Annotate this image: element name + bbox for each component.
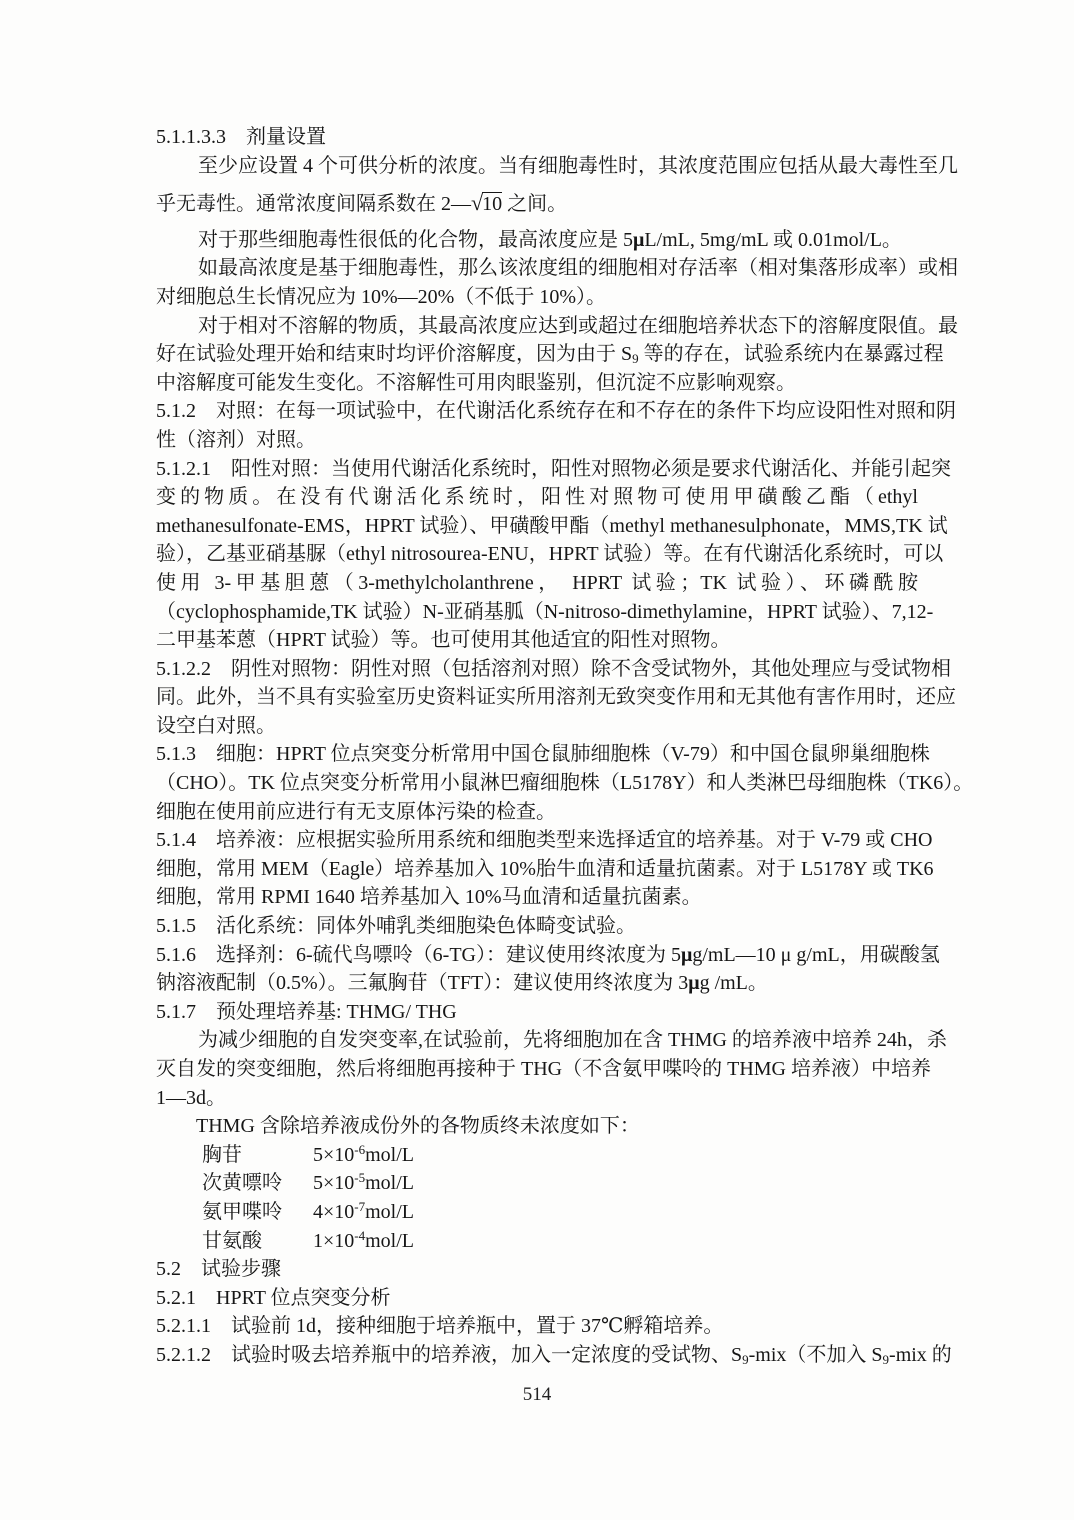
text-line: 钠溶液配制（0.5%）。三氟胸苷（TFT）：建议使用终浓度为 3μg /mL。 xyxy=(156,969,918,998)
text-line: 二甲基苯蒽（HPRT 试验）等。也可使用其他适宜的阳性对照物。 xyxy=(156,626,918,655)
section-5.2: 5.2 试验步骤 xyxy=(156,1255,918,1284)
text-line: 为减少细胞的自发突变率,在试验前，先将细胞加在含 THMG 的培养液中培养 24… xyxy=(156,1026,918,1055)
text-line: 细胞在使用前应进行有无支原体污染的检查。 xyxy=(156,798,918,827)
text-line: 1—3d。 xyxy=(156,1084,918,1113)
text-line: 灭自发的突变细胞，然后将细胞再接种于 THG（不含氨甲喋呤的 THMG 培养液）… xyxy=(156,1055,918,1084)
text-line: 细胞，常用 MEM（Eagle）培养基加入 10%胎牛血清和适量抗菌素。对于 L… xyxy=(156,855,918,884)
text-line: （cyclophosphamide,TK 试验）N-亚硝基胍（N-nitroso… xyxy=(156,598,918,627)
table-row-label: 次黄嘌呤 xyxy=(202,1169,313,1198)
text-line: 变的物质。在没有代谢活化系统时，阳性对照物可使用甲磺酸乙酯（ethyl xyxy=(156,483,918,512)
table-row-value: 5×10-6mol/L xyxy=(313,1144,414,1166)
table-row-value: 4×10-7mol/L xyxy=(313,1201,414,1223)
document-page: 5.1.1.3.3 剂量设置至少应设置 4 个可供分析的浓度。当有细胞毒性时，其… xyxy=(0,0,1074,1520)
text-line: 好在试验处理开始和结束时均评价溶解度，因为由于 S9 等的存在，试验系统内在暴露… xyxy=(156,340,918,369)
text-line: 细胞，常用 RPMI 1640 培养基加入 10%马血清和适量抗菌素。 xyxy=(156,883,918,912)
text-line: 至少应设置 4 个可供分析的浓度。当有细胞毒性时，其浓度范围应包括从最大毒性至几 xyxy=(156,152,918,181)
page-number: 514 xyxy=(0,1384,1074,1406)
section-5.1.5: 5.1.5 活化系统：同体外哺乳类细胞染色体畸变试验。 xyxy=(156,912,918,941)
text-line: 如最高浓度是基于细胞毒性，那么该浓度组的细胞相对存活率（相对集落形成率）或相 xyxy=(156,254,918,283)
text-line: 对于那些细胞毒性很低的化合物，最高浓度应是 5μL/mL, 5mg/mL 或 0… xyxy=(156,226,918,255)
table-row-label: 甘氨酸 xyxy=(202,1227,313,1256)
table-row-value: 1×10-4mol/L xyxy=(313,1230,414,1252)
text-block: 5.1.1.3.3 剂量设置至少应设置 4 个可供分析的浓度。当有细胞毒性时，其… xyxy=(156,123,918,1370)
text-line: 乎无毒性。通常浓度间隔系数在 2—√10 之间。 xyxy=(156,180,918,226)
section-5.1.4: 5.1.4 培养液：应根据实验所用系统和细胞类型来选择适宜的培养基。对于 V-7… xyxy=(156,826,918,855)
table-row-value: 5×10-5mol/L xyxy=(313,1172,414,1194)
table-row-glycine: 甘氨酸1×10-4mol/L xyxy=(156,1227,918,1256)
section-5.2.1.1: 5.2.1.1 试验前 1d，接种细胞于培养瓶中，置于 37℃孵箱培养。 xyxy=(156,1312,918,1341)
text-line: 使用 3-甲基胆蒽（3-methylcholanthrene， HPRT 试验；… xyxy=(156,569,918,598)
section-5.2.1.2: 5.2.1.2 试验时吸去培养瓶中的培养液，加入一定浓度的受试物、S9-mix（… xyxy=(156,1341,918,1370)
text-line: 对细胞总生长情况应为 10%—20%（不低于 10%）。 xyxy=(156,283,918,312)
section-5.1.7: 5.1.7 预处理培养基: THMG/ THG xyxy=(156,998,918,1027)
sqrt-radical: √10 xyxy=(471,193,502,215)
table-row-methotrexate: 氨甲喋呤4×10-7mol/L xyxy=(156,1198,918,1227)
text-line: 性（溶剂）对照。 xyxy=(156,426,918,455)
text-line: 中溶解度可能发生变化。不溶解性可用肉眼鉴别，但沉淀不应影响观察。 xyxy=(156,369,918,398)
text-line: （CHO）。TK 位点突变分析常用小鼠淋巴瘤细胞株（L5178Y）和人类淋巴母细… xyxy=(156,769,918,798)
section-5.1.2: 5.1.2 对照：在每一项试验中，在代谢活化系统存在和不存在的条件下均应设阳性对… xyxy=(156,397,918,426)
text-line: 同。此外，当不具有实验室历史资料证实所用溶剂无致突变作用和无其他有害作用时，还应 xyxy=(156,683,918,712)
section-5.1.3: 5.1.3 细胞：HPRT 位点突变分析常用中国仓鼠肺细胞株（V-79）和中国仓… xyxy=(156,740,918,769)
section-5.1.2.2: 5.1.2.2 阴性对照物：阴性对照（包括溶剂对照）除不含受试物外，其他处理应与… xyxy=(156,655,918,684)
text-line: THMG 含除培养液成份外的各物质终未浓度如下： xyxy=(156,1112,918,1141)
section-5.2.1: 5.2.1 HPRT 位点突变分析 xyxy=(156,1284,918,1313)
text-line: 设空白对照。 xyxy=(156,712,918,741)
table-row-thymidine: 胸苷5×10-6mol/L xyxy=(156,1141,918,1170)
section-5.1.6: 5.1.6 选择剂：6-硫代鸟嘌呤（6-TG）：建议使用终浓度为 5μg/mL—… xyxy=(156,941,918,970)
text-line: methanesulfonate-EMS，HPRT 试验）、甲磺酸甲酯（meth… xyxy=(156,512,918,541)
text-line: 对于相对不溶解的物质，其最高浓度应达到或超过在细胞培养状态下的溶解度限值。最 xyxy=(156,312,918,341)
section-heading-5.1.1.3.3: 5.1.1.3.3 剂量设置 xyxy=(156,123,918,152)
table-row-hypoxanthine: 次黄嘌呤5×10-5mol/L xyxy=(156,1169,918,1198)
section-5.1.2.1: 5.1.2.1 阳性对照：当使用代谢活化系统时，阳性对照物必须是要求代谢活化、并… xyxy=(156,455,918,484)
text-line: 验），乙基亚硝基脲（ethyl nitrosourea-ENU，HPRT 试验）… xyxy=(156,540,918,569)
table-row-label: 胸苷 xyxy=(202,1141,313,1170)
table-row-label: 氨甲喋呤 xyxy=(202,1198,313,1227)
